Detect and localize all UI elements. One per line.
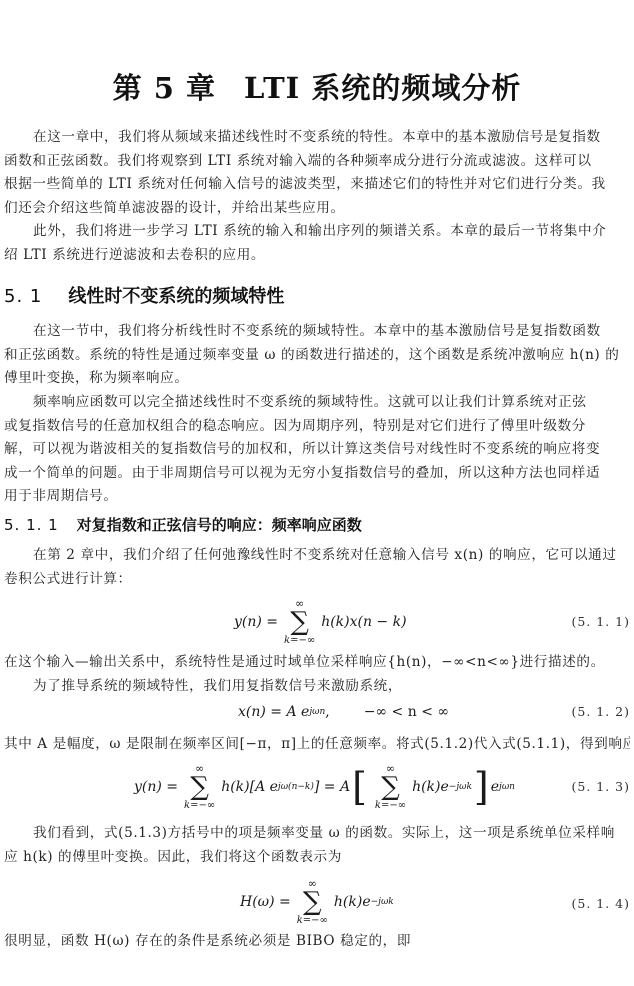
section-title: 对复指数和正弦信号的响应：频率响应函数 [77, 516, 362, 534]
text-line: 们还会介绍这些简单滤波器的设计，并给出某些应用。 [4, 197, 630, 221]
text-line: 我们看到，式(5.1.3)方括号中的项是频率变量 ω 的函数。实际上，这一项是系… [4, 822, 630, 846]
section-5-1-paragraph-2: 频率响应函数可以完全描述线性时不变系统的频域特性。这就可以让我们计算系统对正弦 … [4, 391, 630, 509]
text-line: 或复指数信号的任意加权组合的稳态响应。因为周期序列，特别是对它们进行了傅里叶级数… [4, 415, 630, 439]
text-line: 傅里叶变换，称为频率响应。 [4, 367, 630, 391]
chapter-prefix: 第 5 章 [113, 71, 216, 105]
text-line: 和正弦函数。系统的特性是通过频率变量 ω 的函数进行描述的，这个函数是系统冲激响… [4, 344, 630, 368]
intro-paragraph-2: 此外，我们将进一步学习 LTI 系统的输入和输出序列的频谱关系。本章的最后一节将… [4, 220, 630, 267]
summation-symbol: ∞ ∑ k=−∞ [284, 598, 315, 646]
text-line: 应 h(k) 的傅里叶变换。因此，我们将这个函数表示为 [4, 846, 630, 870]
section-5-1-1-paragraph-4: 我们看到，式(5.1.3)方括号中的项是频率变量 ω 的函数。实际上，这一项是系… [4, 822, 630, 869]
text-line: 在这一节中，我们将分析线性时不变系统的频域特性。本章中的基本激励信号是复指数函数 [4, 320, 630, 344]
text-line: 绍 LTI 系统进行逆滤波和去卷积的应用。 [4, 244, 630, 268]
equation-5-1-1: y(n) = ∞ ∑ k=−∞ h(k)x(n − k) (5. 1. 1) [0, 592, 634, 652]
equation-5-1-4: H(ω) = ∞ ∑ k=−∞ h(k)e−jωk (5. 1. 4) [0, 872, 634, 932]
text-line: 解，可以视为谐波相关的复指数信号的加权和，所以计算这类信号对线性时不变系统的响应… [4, 438, 630, 462]
equation-number: (5. 1. 2) [571, 704, 630, 719]
summation-symbol: ∞ ∑ k=−∞ [375, 763, 406, 811]
summation-symbol: ∞ ∑ k=−∞ [297, 878, 328, 926]
section-number: 5. 1. 1 [4, 516, 59, 534]
section-title: 线性时不变系统的频域特性 [68, 286, 284, 307]
text-line: 在这个输入—输出关系中，系统特性是通过时域单位采样响应{h(n)，−∞<n<∞}… [4, 651, 630, 675]
text-line: 用于非周期信号。 [4, 485, 630, 509]
text-line: 在第 2 章中，我们介绍了任何弛豫线性时不变系统对任意输入信号 x(n) 的响应… [4, 544, 630, 568]
section-5-1-paragraph-1: 在这一节中，我们将分析线性时不变系统的频域特性。本章中的基本激励信号是复指数函数… [4, 320, 630, 391]
text-line: 频率响应函数可以完全描述线性时不变系统的频域特性。这就可以让我们计算系统对正弦 [4, 391, 630, 415]
text-line: 成一个简单的问题。由于非周期信号可以视为无穷小复指数信号的叠加，所以这种方法也同… [4, 462, 630, 486]
intro-paragraph-1: 在这一章中，我们将从频域来描述线性时不变系统的特性。本章中的基本激励信号是复指数… [4, 126, 630, 220]
text-line: 很明显，函数 H(ω) 存在的条件是系统必须是 BIBO 稳定的，即 [4, 930, 630, 954]
section-5-1-1-paragraph-1: 在第 2 章中，我们介绍了任何弛豫线性时不变系统对任意输入信号 x(n) 的响应… [4, 544, 630, 591]
equation-number: (5. 1. 3) [571, 779, 630, 794]
section-5-1-1-paragraph-5: 很明显，函数 H(ω) 存在的条件是系统必须是 BIBO 稳定的，即 [4, 930, 630, 954]
equation-number: (5. 1. 1) [571, 614, 630, 629]
summation-symbol: ∞ ∑ k=−∞ [184, 763, 215, 811]
text-line: 在这一章中，我们将从频域来描述线性时不变系统的特性。本章中的基本激励信号是复指数 [4, 126, 630, 150]
text-line: 函数和正弦函数。我们将观察到 LTI 系统对输入端的各种频率成分进行分流或滤波。… [4, 150, 630, 174]
text-line: 其中 A 是幅度，ω 是限制在频率区间[−π，π]上的任意频率。将式(5.1.2… [4, 733, 630, 757]
equation-number: (5. 1. 4) [571, 896, 630, 911]
text-line: 根据一些简单的 LTI 系统对任何输入信号的滤波类型，来描述它们的特性并对它们进… [4, 173, 630, 197]
document-page: 第 5 章LTI 系统的频域分析 在这一章中，我们将从频域来描述线性时不变系统的… [0, 0, 634, 986]
section-heading-5-1: 5. 1线性时不变系统的频域特性 [4, 282, 284, 308]
text-line: 卷积公式进行计算： [4, 568, 630, 592]
section-5-1-1-paragraph-3: 其中 A 是幅度，ω 是限制在频率区间[−π，π]上的任意频率。将式(5.1.2… [4, 733, 630, 757]
section-number: 5. 1 [4, 286, 42, 307]
text-line: 此外，我们将进一步学习 LTI 系统的输入和输出序列的频谱关系。本章的最后一节将… [4, 220, 630, 244]
section-heading-5-1-1: 5. 1. 1对复指数和正弦信号的响应：频率响应函数 [4, 514, 362, 535]
chapter-title: 第 5 章LTI 系统的频域分析 [0, 66, 634, 107]
chapter-name: LTI 系统的频域分析 [244, 71, 521, 105]
equation-5-1-2: x(n) = A ejωn, −∞ < n < ∞ (5. 1. 2) [0, 690, 634, 734]
equation-5-1-3: y(n) = ∞ ∑ k=−∞ h(k)[A ejω(n−k)] = A [ ∞… [0, 755, 634, 819]
